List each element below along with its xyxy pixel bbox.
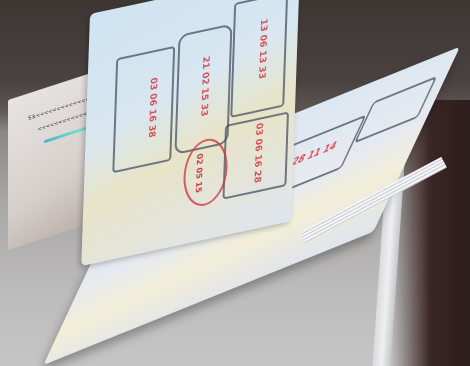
stamp-date-4: 03 06 16 28 [252,122,264,184]
stamp-date-3: 13 06 13 33 [256,18,268,80]
stamp-4: 03 06 16 28 [222,111,289,199]
stamp-3: 13 06 13 33 [230,0,288,118]
stamp-date-2: 21 02 15 33 [198,55,210,117]
stamp-date: 28 11 14 [289,140,339,170]
stamp-1: 03 06 16 38 [112,46,175,174]
round-stamp-date: 02 05 15 [194,153,204,194]
stamp-date-1: 03 06 16 38 [146,77,158,139]
passport-upright-page: 03 06 16 38 21 02 15 33 13 06 13 33 03 0… [81,0,300,266]
